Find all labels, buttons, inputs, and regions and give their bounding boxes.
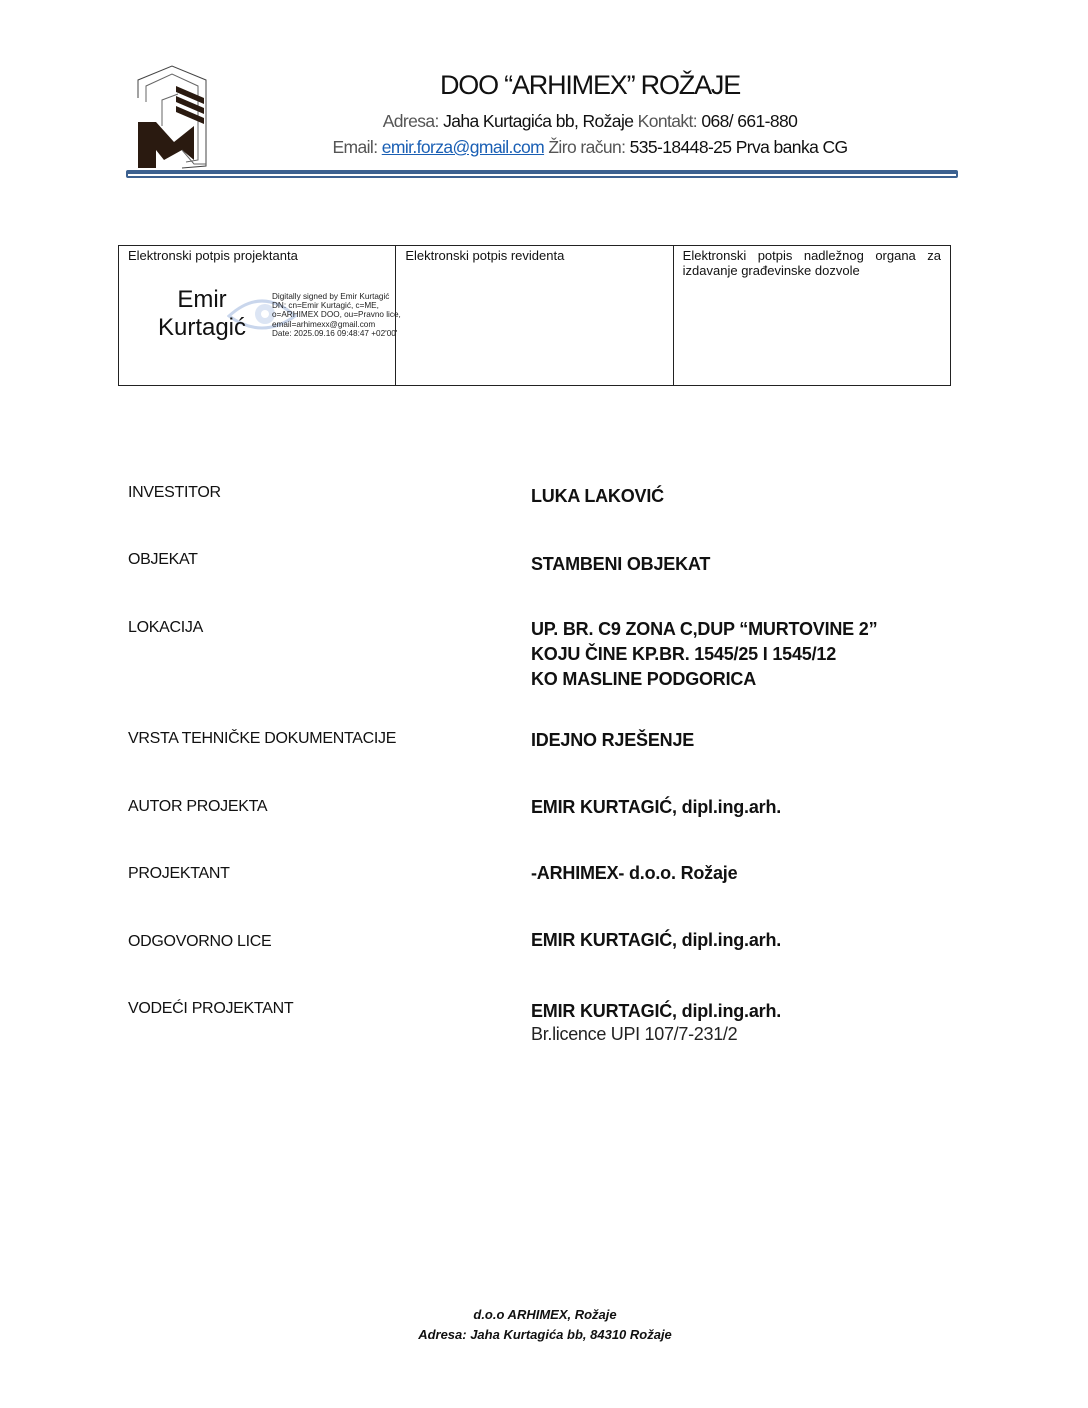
- field-label-autor-projekta: AUTOR PROJEKTA: [128, 798, 267, 816]
- company-email-line: Email: emir.forza@gmail.com Žiro račun: …: [240, 137, 940, 158]
- signature-detail-line: o=ARHIMEX DOO, ou=Pravno lice,: [272, 310, 401, 319]
- signature-heading: Elektronski potpis projektanta: [128, 248, 386, 263]
- license-number: Br.licence UPI 107/7-231/2: [531, 1024, 737, 1045]
- field-value-autor-projekta: EMIR KURTAGIĆ, dipl.ing.arh.: [531, 795, 781, 820]
- signature-detail-line: email=arhimexx@gmail.com: [272, 320, 401, 329]
- signature-detail-line: Digitally signed by Emir Kurtagić: [272, 292, 401, 301]
- signer-first-name: Emir: [147, 286, 257, 314]
- signature-cell-authority[interactable]: Elektronski potpis nadležnog organa za i…: [673, 246, 950, 386]
- field-value-odgovorno-lice: EMIR KURTAGIĆ, dipl.ing.arh.: [531, 928, 781, 953]
- account-label: Žiro račun:: [548, 137, 625, 157]
- location-line: KOJU ČINE KP.BR. 1545/25 I 1545/12: [531, 642, 877, 667]
- contact-label: Kontakt:: [638, 111, 697, 131]
- field-label-odgovorno-lice: ODGOVORNO LICE: [128, 933, 271, 951]
- field-value-investitor: LUKA LAKOVIĆ: [531, 484, 664, 509]
- signature-cell-designer[interactable]: Elektronski potpis projektanta Emir Kurt…: [119, 246, 396, 386]
- field-label-lokacija: LOKACIJA: [128, 619, 203, 637]
- field-label-projektant: PROJEKTANT: [128, 865, 230, 883]
- footer-company: d.o.o ARHIMEX, Rožaje: [300, 1307, 790, 1322]
- company-address-line: Adresa: Jaha Kurtagića bb, Rožaje Kontak…: [240, 111, 940, 132]
- address-label: Adresa:: [383, 111, 439, 131]
- footer-address: Adresa: Jaha Kurtagića bb, 84310 Rožaje: [300, 1327, 790, 1342]
- location-line: UP. BR. C9 ZONA C,DUP “MURTOVINE 2”: [531, 617, 877, 642]
- account-value: 535-18448-25 Prva banka CG: [630, 137, 848, 157]
- company-logo-icon: [134, 64, 210, 172]
- field-value-projektant: -ARHIMEX- d.o.o. Rožaje: [531, 861, 737, 886]
- email-label: Email:: [332, 137, 377, 157]
- signature-details: Digitally signed by Emir Kurtagić DN: cn…: [272, 292, 401, 338]
- location-line: KO MASLINE PODGORICA: [531, 667, 877, 692]
- signature-table: Elektronski potpis projektanta Emir Kurt…: [118, 245, 951, 386]
- signature-detail-line: Date: 2025.09.16 09:48:47 +02'00': [272, 329, 401, 338]
- field-label-vrsta-dokumentacije: VRSTA TEHNIČKE DOKUMENTACIJE: [128, 730, 396, 748]
- address-value: Jaha Kurtagića bb, Rožaje: [443, 111, 633, 131]
- signature-heading: Elektronski potpis revidenta: [405, 248, 663, 263]
- contact-value: 068/ 661-880: [701, 111, 797, 131]
- field-value-objekat: STAMBENI OBJEKAT: [531, 552, 710, 577]
- field-value-vodeci-projektant: EMIR KURTAGIĆ, dipl.ing.arh.: [531, 999, 781, 1024]
- field-label-vodeci-projektant: VODEĆI PROJEKTANT: [128, 1000, 293, 1018]
- signature-detail-line: DN: cn=Emir Kurtagić, c=ME,: [272, 301, 401, 310]
- field-label-objekat: OBJEKAT: [128, 551, 198, 569]
- signature-cell-reviewer[interactable]: Elektronski potpis revidenta: [396, 246, 673, 386]
- email-link[interactable]: emir.forza@gmail.com: [382, 137, 544, 157]
- signature-heading: Elektronski potpis nadležnog organa za i…: [683, 248, 941, 278]
- field-value-lokacija: UP. BR. C9 ZONA C,DUP “MURTOVINE 2” KOJU…: [531, 617, 877, 692]
- field-label-investitor: INVESTITOR: [128, 484, 221, 502]
- company-title: DOO “ARHIMEX” ROŽAJE: [300, 70, 880, 101]
- field-value-vrsta-dokumentacije: IDEJNO RJEŠENJE: [531, 728, 694, 753]
- signer-name: Emir Kurtagić: [147, 286, 257, 342]
- signer-last-name: Kurtagić: [147, 314, 257, 342]
- header-divider: [126, 170, 958, 178]
